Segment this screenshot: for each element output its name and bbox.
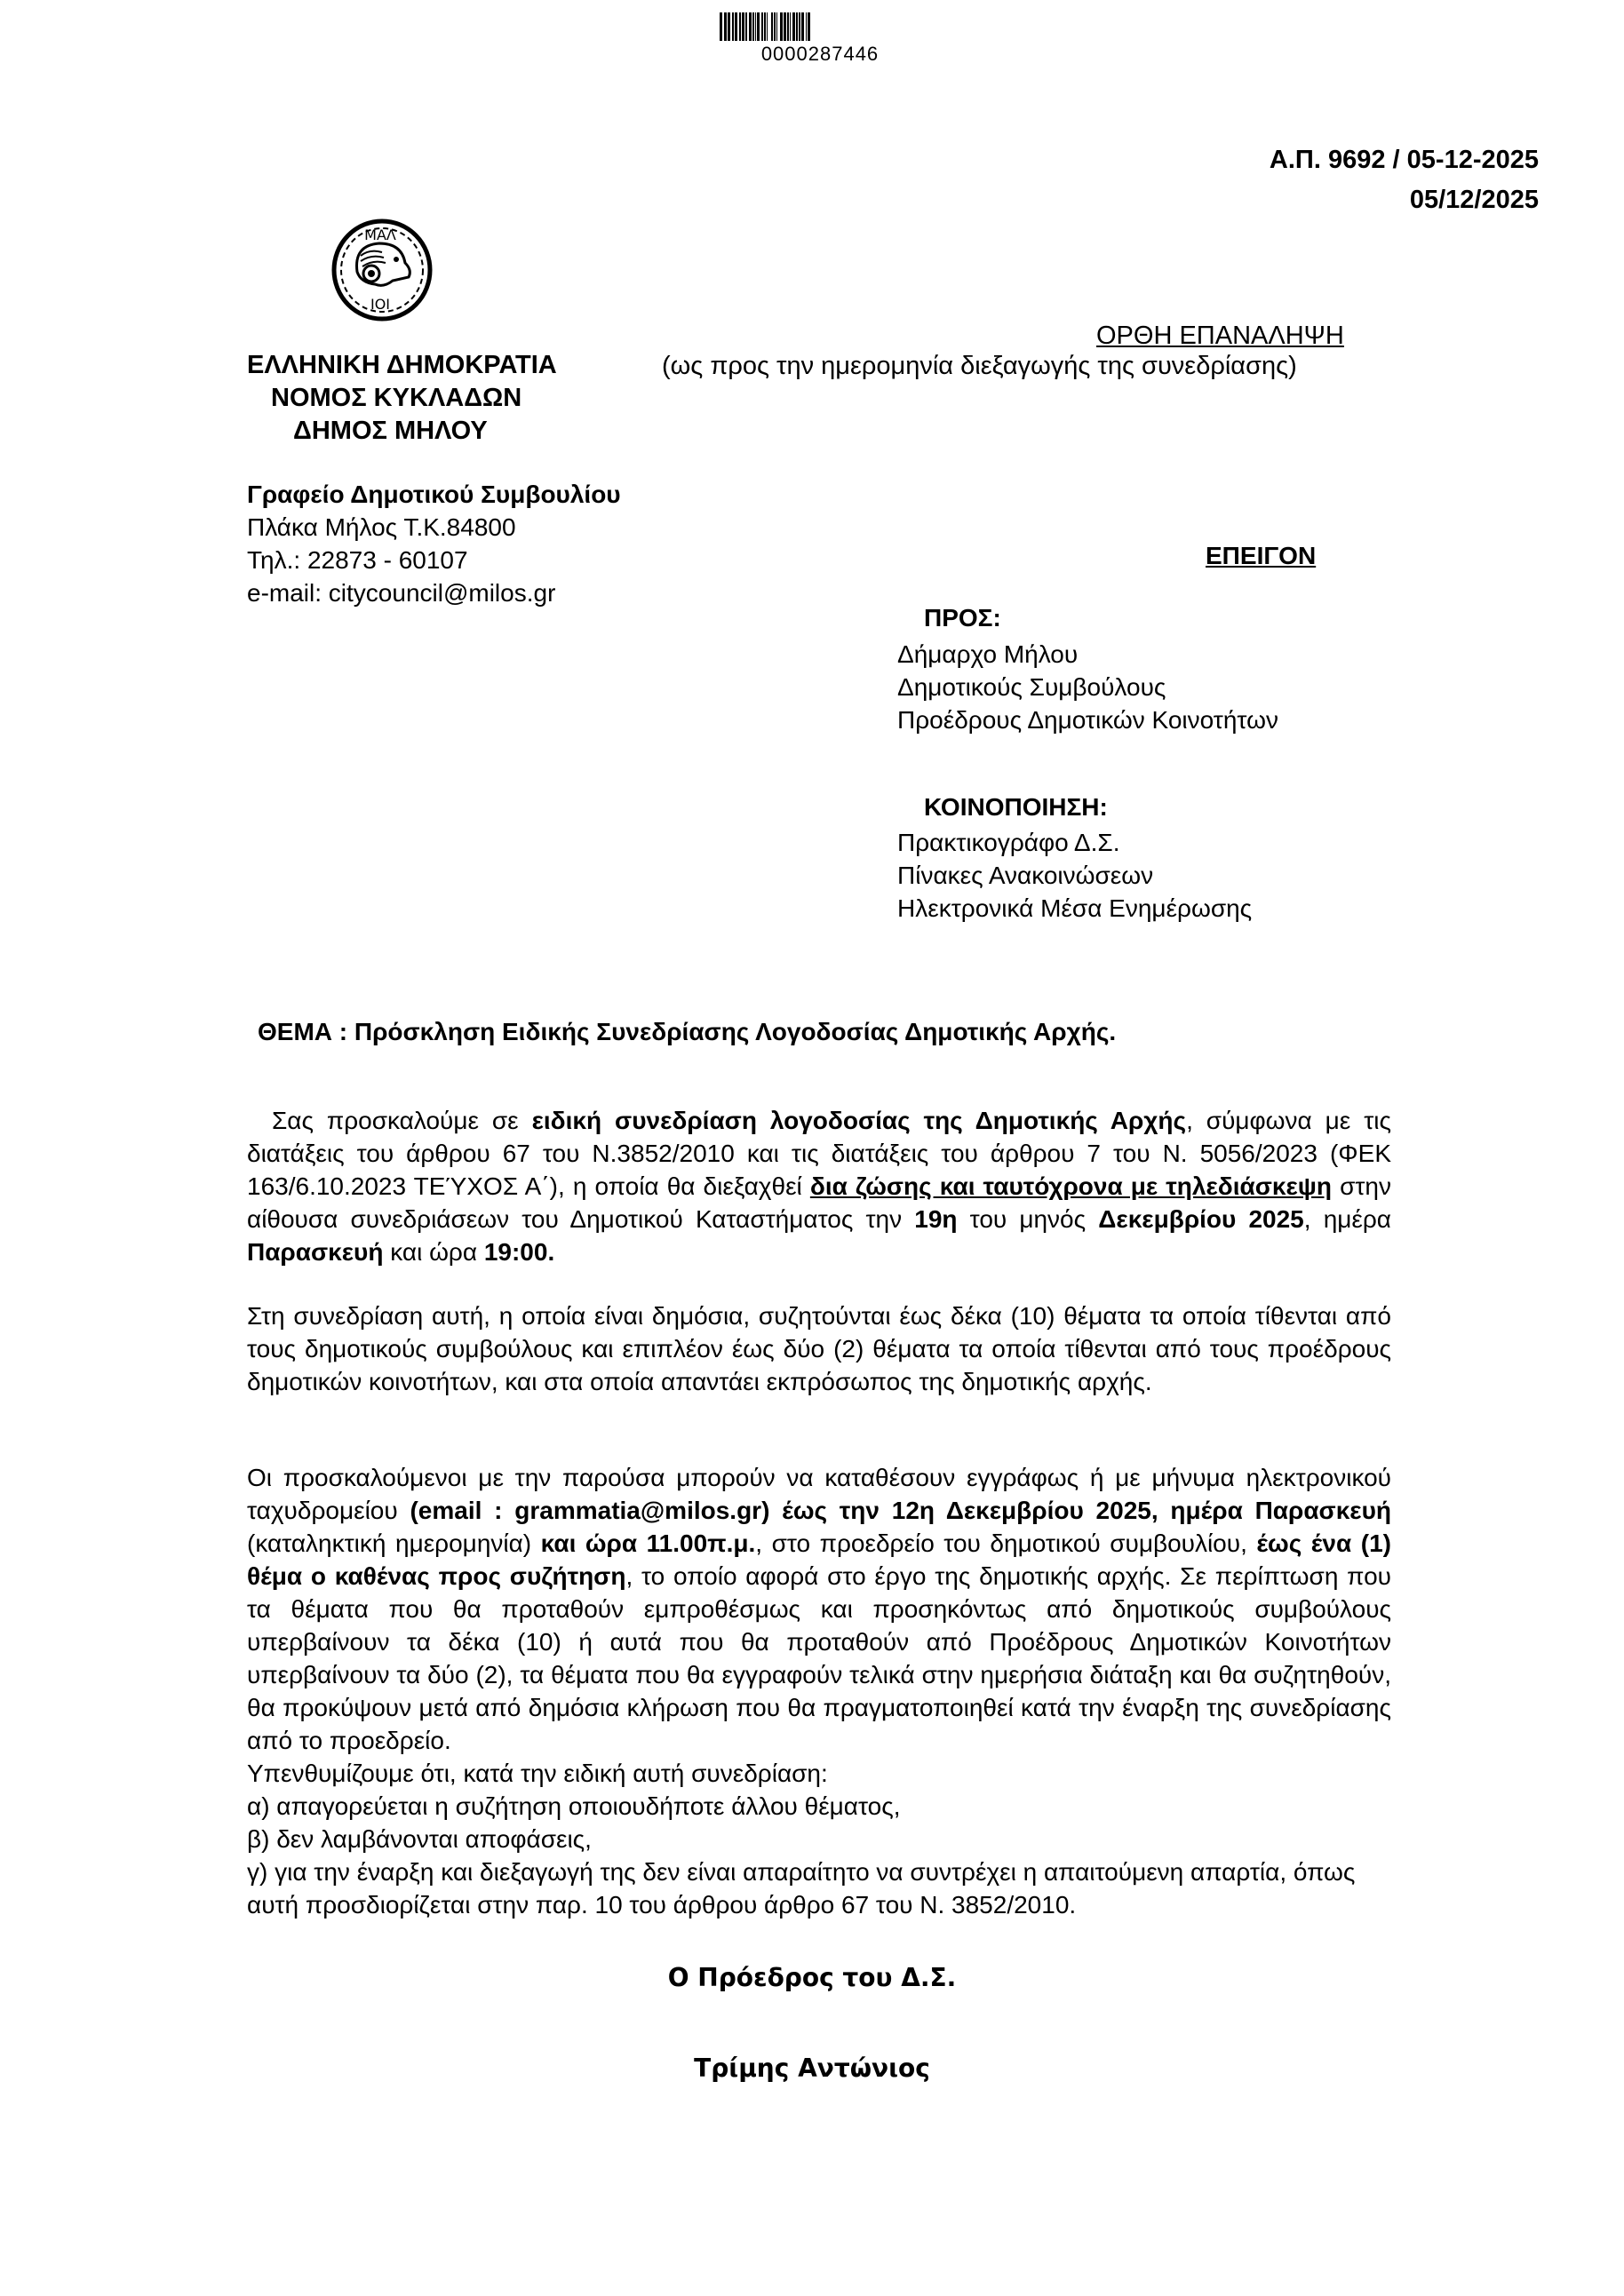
recipients-heading: ΠΡΟΣ: <box>924 604 1001 632</box>
barcode-icon <box>720 12 920 41</box>
body-paragraph-submission: Οι προσκαλούμενοι με την παρούσα μπορούν… <box>247 1461 1391 1757</box>
body-paragraph-topics: Στη συνεδρίαση αυτή, η οποία είναι δημόσ… <box>247 1299 1391 1398</box>
office-address: Πλάκα Μήλος Τ.Κ.84800 <box>247 511 621 544</box>
correction-subtitle: (ως προς την ημερομηνία διεξαγωγής της σ… <box>662 352 1297 381</box>
reminder-item: α) απαγορεύεται η συζήτηση οποιουδήποτε … <box>247 1790 1391 1823</box>
notification-item: Ηλεκτρονικά Μέσα Ενημέρωσης <box>897 892 1252 925</box>
reminder-intro: Υπενθυμίζουμε ότι, κατά την ειδική αυτή … <box>247 1757 1391 1790</box>
office-contact: Γραφείο Δημοτικού Συμβουλίου Πλάκα Μήλος… <box>247 478 621 609</box>
body-paragraph-invitation: Σας προσκαλούμε σε ειδική συνεδρίαση λογ… <box>247 1104 1391 1268</box>
issuing-authority: ΕΛΛΗΝΙΚΗ ΔΗΜΟΚΡΑΤΙΑ ΝΟΜΟΣ ΚΥΚΛΑΔΩΝ ΔΗΜΟΣ… <box>247 349 585 448</box>
municipal-seal-icon: ΜΑΛ ΙΟΙ <box>330 218 434 322</box>
subject-line: ΘΕΜΑ : Πρόσκληση Ειδικής Συνεδρίασης Λογ… <box>258 1018 1116 1046</box>
authority-line: ΔΗΜΟΣ ΜΗΛΟΥ <box>247 415 585 448</box>
recipients-list: Δήμαρχο Μήλου Δημοτικούς Συμβούλους Προέ… <box>897 638 1278 736</box>
document-date: 05/12/2025 <box>1270 180 1539 220</box>
notification-heading: ΚΟΙΝΟΠΟΙΗΣΗ: <box>924 793 1108 822</box>
office-phone: Τηλ.: 22873 - 60107 <box>247 544 621 576</box>
reminder-item: γ) για την έναρξη και διεξαγωγή της δεν … <box>247 1855 1391 1921</box>
body-paragraph-reminder: Υπενθυμίζουμε ότι, κατά την ειδική αυτή … <box>247 1757 1391 1921</box>
office-email: e-mail: citycouncil@milos.gr <box>247 576 621 609</box>
protocol-number: Α.Π. 9692 / 05-12-2025 <box>1270 140 1539 180</box>
recipient-item: Δήμαρχο Μήλου <box>897 638 1278 671</box>
notification-list: Πρακτικογράφο Δ.Σ. Πίνακες Ανακοινώσεων … <box>897 826 1252 925</box>
authority-line: ΝΟΜΟΣ ΚΥΚΛΑΔΩΝ <box>247 382 585 415</box>
document-reference: Α.Π. 9692 / 05-12-2025 05/12/2025 <box>1270 140 1539 220</box>
svg-text:ΙΟΙ: ΙΟΙ <box>370 296 390 313</box>
recipient-item: Δημοτικούς Συμβούλους <box>897 671 1278 703</box>
urgent-label: ΕΠΕΙΓΟΝ <box>1206 542 1316 570</box>
office-name: Γραφείο Δημοτικού Συμβουλίου <box>247 478 621 511</box>
notification-item: Πρακτικογράφο Δ.Σ. <box>897 826 1252 859</box>
recipient-item: Προέδρους Δημοτικών Κοινοτήτων <box>897 703 1278 736</box>
correction-title: ΟΡΘΗ ΕΠΑΝΑΛΗΨΗ <box>1096 322 1344 351</box>
reminder-item: β) δεν λαμβάνονται αποφάσεις, <box>247 1823 1391 1855</box>
notification-item: Πίνακες Ανακοινώσεων <box>897 859 1252 892</box>
authority-line: ΕΛΛΗΝΙΚΗ ΔΗΜΟΚΡΑΤΙΑ <box>247 349 585 382</box>
signatory-name: Τρίμης Αντώνιος <box>0 2054 1624 2083</box>
barcode-number: 0000287446 <box>720 43 920 66</box>
svg-text:ΜΑΛ: ΜΑΛ <box>364 226 396 243</box>
signatory-title: Ο Πρόεδρος του Δ.Σ. <box>0 1963 1624 1992</box>
